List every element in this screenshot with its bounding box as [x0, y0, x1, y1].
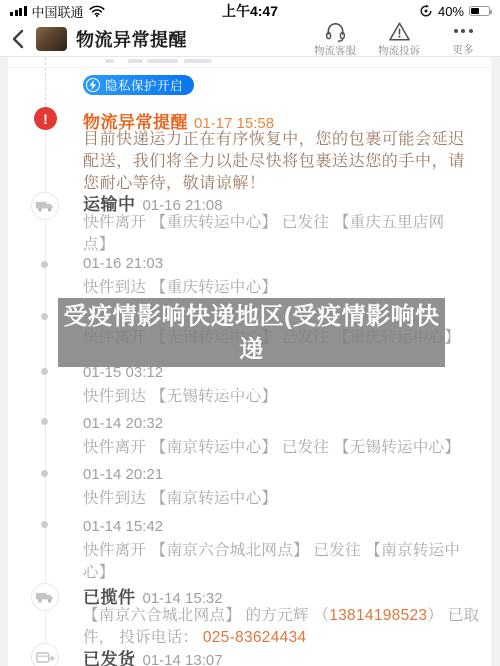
truck-icon — [35, 590, 55, 604]
alert-body: 目前快递运力正在有序恢复中，您的包裹可能会延迟配送，我们将全力以赴尽快将包裹送达… — [83, 129, 479, 195]
customer-service-label: 物流客服 — [314, 43, 356, 58]
privacy-bolt-icon — [86, 78, 100, 92]
logistics-card: 隐私保护开启 ! 物流异常提醒01-17 15:58 目前快递运力正在有序恢复中… — [8, 57, 491, 666]
alert-exclamation-icon: ! — [34, 107, 57, 130]
entry-time: 01-14 15:42 — [83, 518, 163, 535]
timeline-entry: 01-14 15:42 快件离开 【南京六合城北网点】 已发往 【南京转运中心】 — [83, 518, 465, 583]
timeline-entry: 01-14 20:21 快件到达 【南京转运中心】 — [83, 466, 465, 510]
privacy-pill-label: 隐私保护开启 — [105, 76, 183, 94]
divider — [8, 67, 491, 68]
clock: 上午4:47 — [0, 1, 500, 21]
truck-node-icon — [31, 192, 59, 220]
timeline-entry: 已发货01-14 13:07 — [83, 645, 465, 666]
timeline-dot — [41, 418, 48, 425]
more-label: 更多 — [453, 42, 474, 57]
entry-detail: 快件离开 【南京六合城北网点】 已发往 【南京转运中心】 — [83, 540, 465, 583]
truck-icon — [35, 199, 55, 213]
entry-detail: 【南京六合城北网点】 的方元辉 （13814198523） 已取件， 投诉电话：… — [83, 605, 481, 648]
watermark-line2: 安全吗) — [58, 366, 445, 399]
timeline-dot — [41, 368, 48, 375]
entry-detail: 快件离开 【重庆转运中心】 已发往 【重庆五里店网点】 — [83, 212, 465, 255]
entry-time: 01-14 13:07 — [143, 652, 223, 666]
more-button[interactable]: 更多 — [440, 21, 486, 57]
watermark-overlay: 受疫情影响快递地区(受疫情影响快递 安全吗) — [58, 298, 445, 367]
timeline-entry: 01-16 21:03 快件到达 【重庆转运中心】 — [83, 255, 465, 299]
entry-time: 01-16 21:03 — [83, 255, 163, 272]
entry-time: 01-14 20:21 — [83, 466, 163, 483]
complaint-label: 物流投诉 — [378, 43, 420, 58]
page-title: 物流异常提醒 — [76, 26, 187, 52]
entry-time: 01-14 20:32 — [83, 415, 163, 432]
entry-detail: 快件到达 【重庆转运中心】 — [83, 277, 465, 299]
timeline-line-dashed — [45, 57, 46, 106]
watermark-line1: 受疫情影响快递地区(受疫情影响快递 — [58, 300, 445, 366]
more-dots-icon — [454, 21, 473, 41]
clipped-text-remnant — [147, 59, 178, 63]
headset-icon — [324, 21, 347, 42]
complaint-hotline-link[interactable]: 025-83624434 — [203, 629, 307, 646]
clipped-text-remnant — [128, 59, 143, 63]
clipped-text-remnant — [105, 59, 114, 63]
truck-node-icon — [31, 583, 59, 611]
nav-bar: 物流异常提醒 物流客服 物流投诉 — [0, 22, 500, 57]
clipped-text-remnant — [184, 59, 212, 63]
package-sent-icon — [36, 650, 55, 665]
warning-triangle-icon — [388, 21, 411, 42]
privacy-protection-pill[interactable]: 隐私保护开启 — [83, 75, 194, 95]
timeline-line — [45, 106, 46, 666]
back-button[interactable] — [0, 22, 36, 57]
status-bar: 中国联通 上午4:47 40% — [0, 0, 500, 22]
timeline-entry: 01-14 20:32 快件离开 【南京转运中心】 已发往 【无锡转运中心】 — [83, 415, 465, 459]
timeline-dot — [41, 470, 48, 477]
nav-actions: 物流客服 物流投诉 更多 — [312, 21, 500, 58]
courier-phone-link[interactable]: 13814198523 — [329, 607, 427, 624]
entry-detail: 快件到达 【南京转运中心】 — [83, 488, 465, 510]
app-screen: 中国联通 上午4:47 40% 物流异常提醒 — [0, 0, 500, 666]
chevron-left-icon — [12, 29, 24, 49]
timeline-dot — [41, 261, 48, 268]
shop-avatar — [36, 27, 67, 51]
timeline-dot — [41, 521, 48, 528]
timeline-dot — [41, 313, 48, 320]
complaint-button[interactable]: 物流投诉 — [376, 21, 422, 58]
entry-detail: 快件离开 【南京转运中心】 已发往 【无锡转运中心】 — [83, 437, 483, 459]
entry-status: 已发货 — [83, 650, 136, 666]
pickup-detail-text: 【南京六合城北网点】 的方元辉 （ — [83, 607, 329, 624]
customer-service-button[interactable]: 物流客服 — [312, 21, 358, 58]
battery-icon — [469, 6, 490, 17]
package-node-icon — [31, 643, 59, 666]
timeline-entry: 运输中01-16 21:08 快件离开 【重庆转运中心】 已发往 【重庆五里店网… — [83, 190, 465, 255]
timeline-entry: 已揽件01-14 15:32 【南京六合城北网点】 的方元辉 （13814198… — [83, 583, 465, 648]
